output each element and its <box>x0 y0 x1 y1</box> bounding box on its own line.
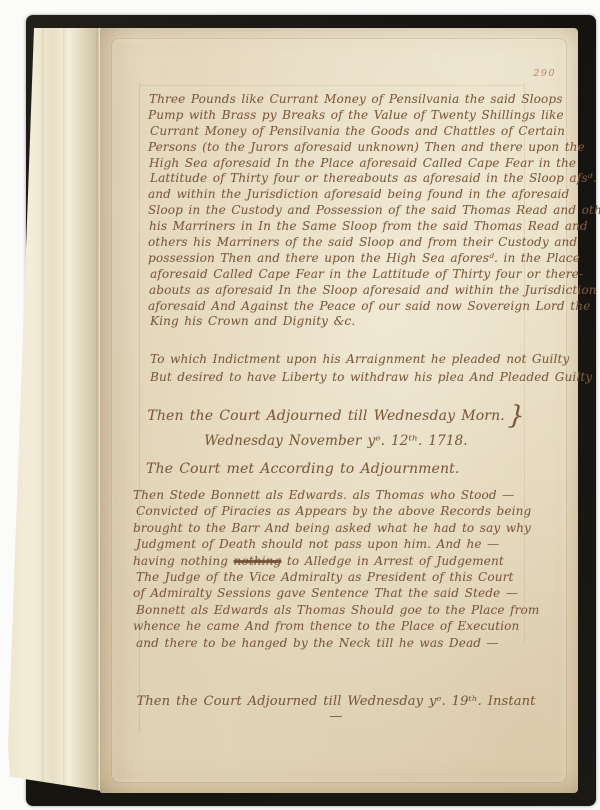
strike-line-pre: having nothing <box>133 554 234 568</box>
manuscript-line: others his Marriners of the said Sloop a… <box>148 235 600 251</box>
manuscript-line: Three Pounds like Currant Money of Pensi… <box>149 92 600 108</box>
top-margin-rule <box>139 85 525 86</box>
manuscript-line: of Admiralty Sessions gave Sentence That… <box>133 585 539 601</box>
court-met-heading: The Court met According to Adjournment. <box>146 461 460 477</box>
manuscript-line-with-strikeout: having nothing nothing to Alledge in Arr… <box>133 553 539 569</box>
manuscript-line: aforesaid Called Cape Fear in the Lattit… <box>150 267 600 283</box>
final-adjournment-heading: Then the Court Adjourned till Wednesday … <box>130 694 542 724</box>
manuscript-line: and within the Jurisdiction aforesaid be… <box>148 187 600 203</box>
page-number: 290 <box>533 68 556 79</box>
indictment-paragraph: Three Pounds like Currant Money of Pensi… <box>148 92 600 330</box>
manuscript-line: Pump with Brass py Breaks of the Value o… <box>148 108 600 124</box>
manuscript-line: whence he came And from thence to the Pl… <box>133 618 539 634</box>
sentencing-paragraph: Then Stede Bonnett als Edwards. als Thom… <box>133 487 539 651</box>
manuscript-line: The Judge of the Vice Admiralty as Presi… <box>136 569 539 585</box>
manuscript-line: But desired to have Liberty to withdraw … <box>150 368 592 386</box>
session-date-heading: Wednesday November yᵉ. 12ᵗʰ. 1718. <box>140 433 532 449</box>
flourish-brace: } <box>507 400 526 431</box>
photo-background: 290 Three Pounds like Currant Money of P… <box>0 0 600 810</box>
manuscript-line: Sloop in the Custody and Possession of t… <box>148 203 600 219</box>
manuscript-page: 290 Three Pounds like Currant Money of P… <box>100 28 578 793</box>
manuscript-line: High Sea aforesaid In the Place aforesai… <box>149 156 600 172</box>
plea-paragraph: To which Indictment upon his Arraignment… <box>150 350 592 386</box>
manuscript-line: abouts as aforesaid In the Sloop aforesa… <box>149 283 600 299</box>
manuscript-line: brought to the Barr And being asked what… <box>133 520 539 536</box>
manuscript-line: Bonnett als Edwards als Thomas Should go… <box>136 602 539 618</box>
manuscript-line: aforesaid And Against the Peace of our s… <box>148 299 600 315</box>
manuscript-line: Currant Money of Pensilvania the Goods a… <box>150 124 600 140</box>
manuscript-line: Judgment of Death should not pass upon h… <box>136 536 539 552</box>
manuscript-line: King his Crown and Dignity &c. <box>150 314 600 330</box>
manuscript-line: his Marriners in In the Same Sloop from … <box>149 219 600 235</box>
struck-word: nothing <box>234 554 282 568</box>
manuscript-line: Convicted of Piracies as Appears by the … <box>136 503 539 519</box>
adjournment-morning-text: Then the Court Adjourned till Wednesday … <box>147 408 505 424</box>
manuscript-line: Persons (to the Jurors aforesaid unknown… <box>148 140 600 156</box>
manuscript-line: possession Then and there upon the High … <box>148 251 600 267</box>
manuscript-line: Lattitude of Thirty four or thereabouts … <box>150 171 600 187</box>
left-page-edges <box>8 28 108 792</box>
manuscript-line: Then Stede Bonnett als Edwards. als Thom… <box>133 487 539 503</box>
manuscript-line: and there to be hanged by the Neck till … <box>136 635 539 651</box>
adjournment-morning-heading: Then the Court Adjourned till Wednesday … <box>140 401 532 431</box>
strike-line-post: to Alledge in Arrest of Judgement <box>281 554 503 568</box>
manuscript-line: To which Indictment upon his Arraignment… <box>150 350 592 368</box>
